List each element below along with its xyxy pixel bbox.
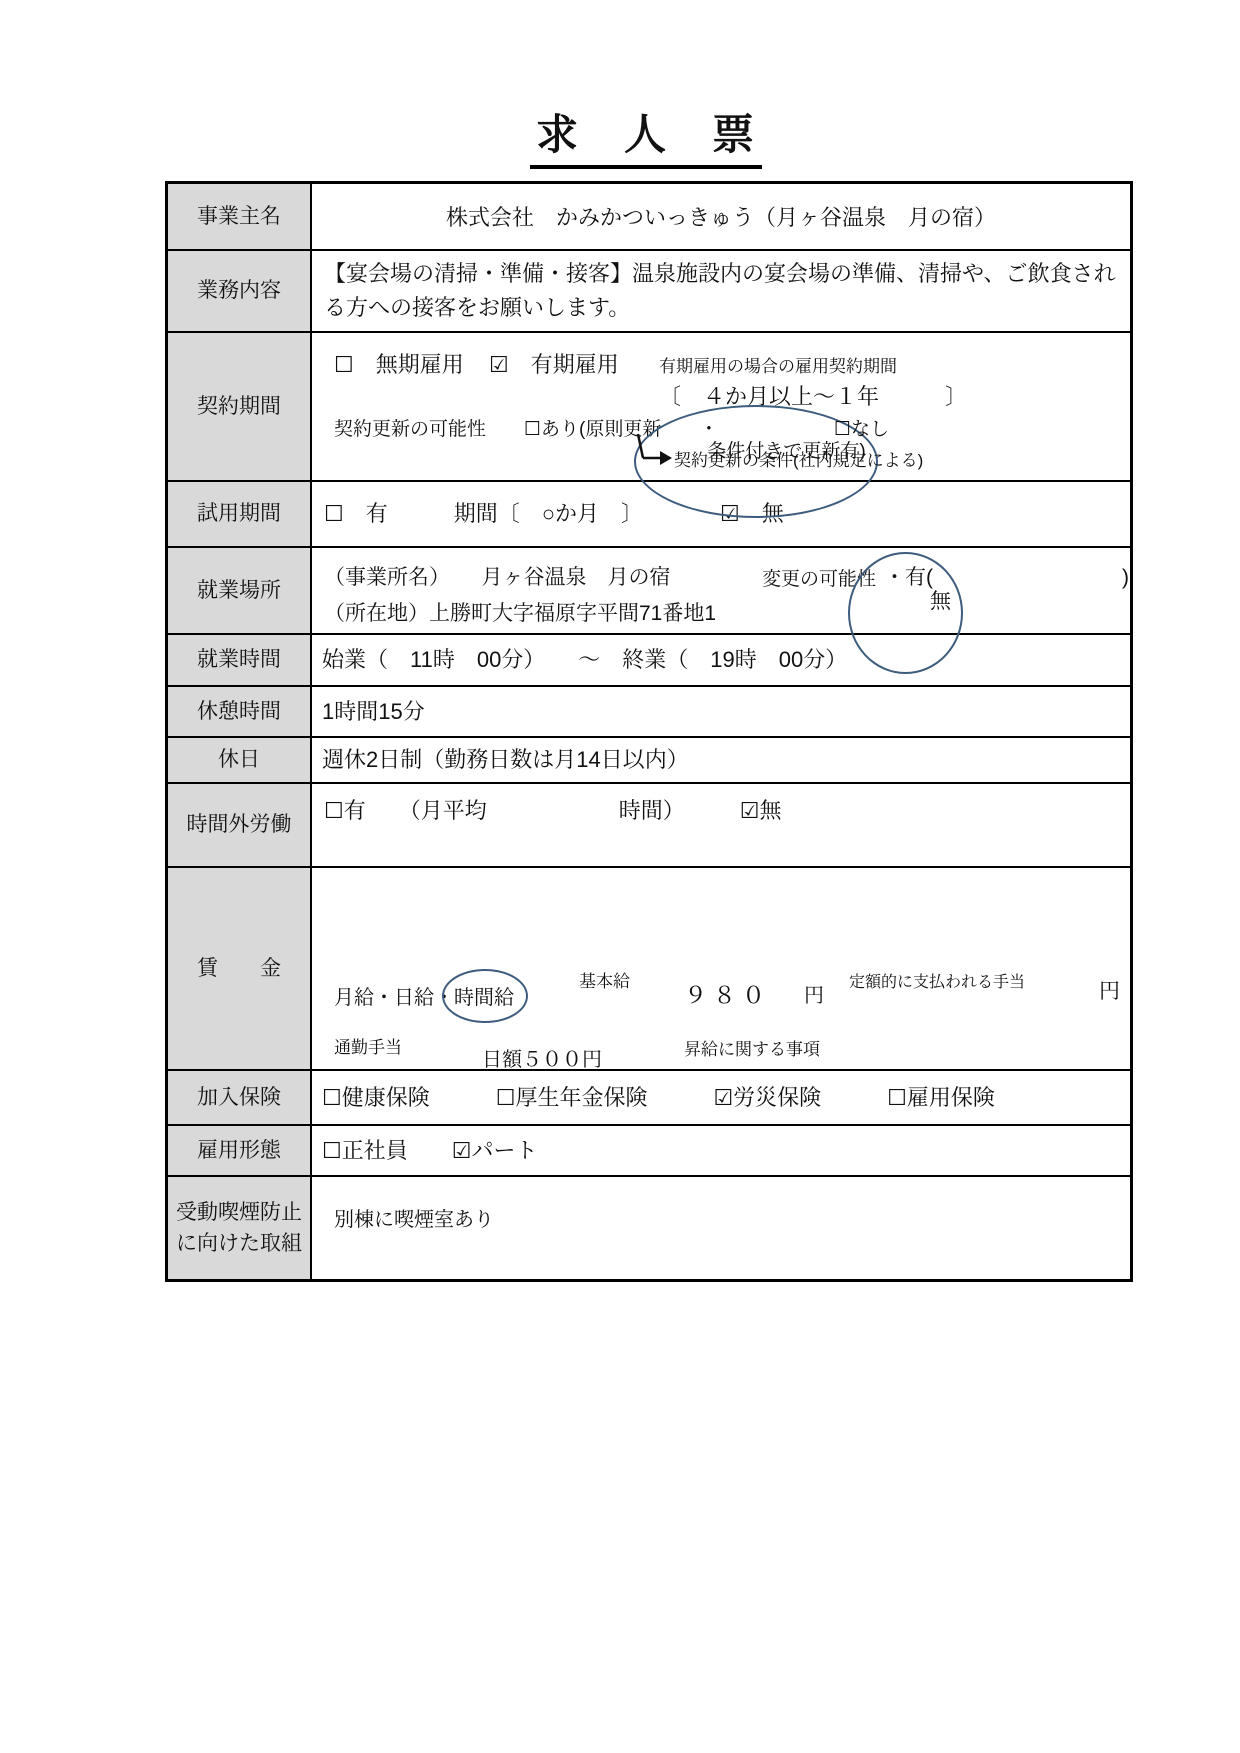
row-label-contract-period: 契約期間 [167, 332, 312, 481]
smoking-cell: 別棟に喫煙室あり [312, 1177, 1130, 1273]
workplace-cell: （事業所名） 月ヶ谷温泉 月の宿 変更の可能性 無 ・有( ) （所在地）上勝町… [312, 551, 1130, 630]
smoking-label-line2: に向けた取組 [176, 1232, 302, 1255]
table-row-workplace: 就業場所 （事業所名） 月ヶ谷温泉 月の宿 変更の可能性 無 ・有( ) （所在… [167, 547, 1132, 634]
job-posting-document: 求 人 票 事業主名 株式会社 かみかついっきゅう（月ヶ谷温泉 月の宿） 業務内… [0, 0, 1240, 1753]
page-title-text: 求 人 票 [530, 102, 762, 169]
insurance-value: ☐健康保険 ☐厚生年金保険 ☑労災保険 ☐雇用保険 [312, 1079, 1130, 1117]
arrow-down-right-icon [630, 432, 676, 468]
fixed-term-range: 〔 ４か月以上～１年 〕 [659, 380, 967, 411]
table-row-overtime: 時間外労働 ☐有 （月平均 時間） ☑無 [167, 783, 1132, 867]
smoking-value: 別棟に喫煙室あり [334, 1203, 494, 1232]
row-label-working-hours: 就業時間 [167, 634, 312, 686]
page-title: 求 人 票 [165, 102, 1127, 169]
base-pay-yen: 円 [804, 979, 824, 1008]
table-row-wages: 賃 金 月給・日給・時間給 基本給 ９８０ 円 定額的に支払われる手当 円 通勤… [167, 867, 1132, 1070]
workplace-address: （所在地）上勝町大字福原字平間71番地1 [324, 597, 716, 627]
fixed-allowance-yen: 円 [1099, 975, 1120, 1005]
row-label-probation: 試用期間 [167, 481, 312, 547]
job-description-value: 【宴会場の清掃・準備・接客】温泉施設内の宴会場の準備、清掃や、ご飲食される方への… [312, 251, 1130, 331]
table-row-employment-type: 雇用形態 ☐正社員 ☑パート [167, 1125, 1132, 1176]
workplace-change-none-text: 無 [930, 590, 951, 613]
table-row-insurance: 加入保険 ☐健康保険 ☐厚生年金保険 ☑労災保険 ☐雇用保険 [167, 1070, 1132, 1125]
table-row-holidays: 休日 週休2日制（勤務日数は月14日以内） [167, 737, 1132, 783]
row-label-break-time: 休憩時間 [167, 686, 312, 737]
table-row-smoking-prevention: 受動喫煙防止に向けた取組 別棟に喫煙室あり [167, 1176, 1132, 1281]
pay-type-hourly-option: 時間給 [454, 981, 514, 1010]
row-label-overtime: 時間外労働 [167, 783, 312, 867]
checkbox-fixed-term-employment: ☑ 有期雇用 [489, 348, 619, 379]
table-row-job-description: 業務内容 【宴会場の清掃・準備・接客】温泉施設内の宴会場の準備、清掃や、ご飲食さ… [167, 250, 1132, 332]
table-row-business-name: 事業主名 株式会社 かみかついっきゅう（月ヶ谷温泉 月の宿） [167, 183, 1132, 251]
workplace-office-name: （事業所名） 月ヶ谷温泉 月の宿 [324, 561, 671, 591]
renewal-condition-note: 契約更新の条件(社内規定による) [674, 446, 923, 471]
commute-allowance-label: 通勤手当 [334, 1033, 402, 1058]
row-label-employment-type: 雇用形態 [167, 1125, 312, 1176]
row-label-workplace: 就業場所 [167, 547, 312, 634]
holidays-value: 週休2日制（勤務日数は月14日以内） [312, 741, 1130, 779]
row-label-job-description: 業務内容 [167, 250, 312, 332]
fixed-allowance-label: 定額的に支払われる手当 [849, 969, 1025, 992]
row-label-smoking-prevention: 受動喫煙防止に向けた取組 [167, 1176, 312, 1281]
row-label-holidays: 休日 [167, 737, 312, 783]
row-label-business-name: 事業主名 [167, 183, 312, 251]
checkbox-indefinite-employment: ☐ 無期雇用 [334, 348, 464, 379]
contract-period-cell: ☐ 無期雇用 ☑ 有期雇用 有期雇用の場合の雇用契約期間 〔 ４か月以上～１年 … [312, 336, 1130, 477]
overtime-value: ☐有 （月平均 時間） ☑無 [312, 784, 1130, 834]
working-hours-value: 始業（ 11時 00分） ～ 終業（ 19時 00分） [312, 641, 1130, 679]
checkbox-renewal-none: ☐なし [834, 414, 889, 441]
business-name-value: 株式会社 かみかついっきゅう（月ヶ谷温泉 月の宿） [311, 183, 1132, 251]
commute-allowance-value: 日額５００円 [482, 1043, 602, 1072]
row-label-wages: 賃 金 [167, 867, 312, 1070]
break-time-value: 1時間15分 [312, 693, 1130, 731]
raise-matters-label: 昇給に関する事項 [684, 1035, 820, 1060]
pay-type-prefix: 月給・日給・ [334, 987, 454, 1009]
wages-cell: 月給・日給・時間給 基本給 ９８０ 円 定額的に支払われる手当 円 通勤手当 日… [312, 871, 1130, 1066]
employment-type-value: ☐正社員 ☑パート [312, 1132, 1130, 1170]
smoking-label-line1: 受動喫煙防止 [176, 1201, 302, 1224]
table-row-contract-period: 契約期間 ☐ 無期雇用 ☑ 有期雇用 有期雇用の場合の雇用契約期間 〔 ４か月以… [167, 332, 1132, 481]
pay-type-line: 月給・日給・時間給 [334, 981, 514, 1010]
row-label-insurance: 加入保険 [167, 1070, 312, 1125]
job-posting-table: 事業主名 株式会社 かみかついっきゅう（月ヶ谷温泉 月の宿） 業務内容 【宴会場… [165, 181, 1133, 1282]
fixed-term-note: 有期雇用の場合の雇用契約期間 [659, 352, 897, 377]
workplace-change-label: 変更の可能性 [762, 564, 876, 591]
pay-type-hourly-text: 時間給 [454, 987, 514, 1009]
base-pay-label: 基本給 [579, 967, 630, 992]
table-row-break-time: 休憩時間 1時間15分 [167, 686, 1132, 737]
base-pay-amount: ９８０ [684, 977, 771, 1010]
table-row-working-hours: 就業時間 始業（ 11時 00分） ～ 終業（ 19時 00分） [167, 634, 1132, 686]
workplace-change-rest: ・有( ) [884, 561, 1129, 591]
